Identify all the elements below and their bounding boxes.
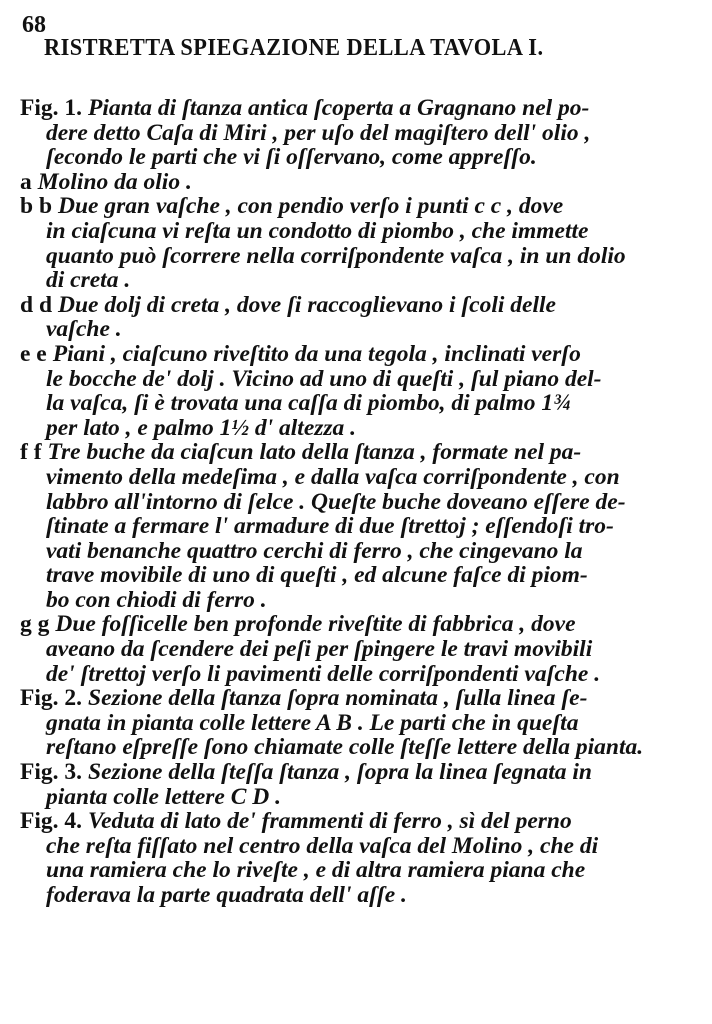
entry-line: ſecondo le parti che vi ſi oſſervano, co… [46, 144, 537, 170]
page-number: 68 [22, 12, 46, 39]
entry-line: quanto può ſcorrere nella corriſpondente… [46, 243, 626, 269]
entry-label: a [20, 169, 32, 195]
entry-line: la vaſca, ſi è trovata una caſſa di piom… [46, 390, 571, 416]
entry-e: e ePiani , ciaſcuno riveſtito da una teg… [20, 342, 700, 440]
entry-line: Pianta di ſtanza antica ſcoperta a Gragn… [88, 95, 589, 121]
entry-line: Veduta di lato de' frammenti di ferro , … [88, 808, 572, 834]
entry-b: b bDue gran vaſche , con pendio verſo i … [20, 194, 700, 292]
entry-line: per lato , e palmo 1½ d' altezza . [46, 415, 356, 441]
entry-g: g gDue foſſicelle ben profonde riveſtite… [20, 612, 700, 686]
entry-line: ſtinate a fermare l' armadure di due ſtr… [46, 513, 614, 539]
entry-fig-3: Fig. 3.Sezione della ſteſſa ſtanza , ſop… [20, 760, 700, 809]
entry-line: Due gran vaſche , con pendio verſo i pun… [58, 193, 563, 219]
entry-label: g g [20, 611, 49, 637]
entry-label: Fig. 4. [20, 808, 82, 834]
entry-label: Fig. 3. [20, 759, 82, 785]
entry-label: b b [20, 193, 52, 219]
entry-line: vaſche . [46, 316, 122, 342]
page-title: RISTRETTA SPIEGAZIONE DELLA TAVOLA I. [44, 35, 649, 62]
entry-line: Due dolj di creta , dove ſi raccoglievan… [58, 292, 556, 318]
entry-line: vati benanche quattro cerchi di ferro , … [46, 538, 583, 564]
entry-d: d dDue dolj di creta , dove ſi raccoglie… [20, 293, 700, 342]
entry-line: una ramiera che lo riveſte , e di altra … [46, 857, 585, 883]
entry-line: Tre buche da ciaſcun lato della ſtanza ,… [48, 439, 582, 465]
entry-line: di creta . [46, 267, 130, 293]
entry-label: f f [20, 439, 42, 465]
entry-label: d d [20, 292, 52, 318]
entry-line: aveano da ſcendere dei peſi per ſpingere… [46, 636, 592, 662]
entry-label: e e [20, 341, 47, 367]
entry-line: Due foſſicelle ben profonde riveſtite di… [55, 611, 575, 637]
entry-label: Fig. 1. [20, 95, 82, 121]
legend-body: Fig. 1.Pianta di ſtanza antica ſcoperta … [20, 96, 700, 908]
entry-a: aMolino da olio . [20, 170, 700, 195]
entry-line: bo con chiodi di ferro . [46, 587, 267, 613]
entry-line: reſtano eſpreſſe ſono chiamate colle ſte… [46, 734, 643, 760]
entry-line: che reſta fiſſato nel centro della vaſca… [46, 833, 598, 859]
entry-line: le bocche de' dolj . Vicino ad uno di qu… [46, 366, 602, 392]
entry-line: Sezione della ſtanza ſopra nominata , ſu… [88, 685, 587, 711]
entry-line: pianta colle lettere C D . [46, 784, 281, 810]
entry-line: de' ſtrettoj verſo li pavimenti delle co… [46, 661, 600, 687]
entry-fig-2: Fig. 2.Sezione della ſtanza ſopra nomina… [20, 686, 700, 760]
entry-label: Fig. 2. [20, 685, 82, 711]
entry-line: trave movibile di uno di queſti , ed alc… [46, 562, 588, 588]
entry-line: gnata in pianta colle lettere A B . Le p… [46, 710, 578, 736]
entry-line: Piani , ciaſcuno riveſtito da una tegola… [53, 341, 581, 367]
entry-line: labbro all'intorno di ſelce . Queſte buc… [46, 489, 626, 515]
entry-line: in ciaſcuna vi reſta un condotto di piom… [46, 218, 588, 244]
entry-f: f fTre buche da ciaſcun lato della ſtanz… [20, 440, 700, 612]
entry-line: foderava la parte quadrata dell' aſſe . [46, 882, 407, 908]
entry-fig-4: Fig. 4.Veduta di lato de' frammenti di f… [20, 809, 700, 907]
entry-line: Molino da olio . [38, 169, 192, 195]
entry-line: Sezione della ſteſſa ſtanza , ſopra la l… [88, 759, 592, 785]
entry-fig-1: Fig. 1.Pianta di ſtanza antica ſcoperta … [20, 96, 700, 170]
entry-line: vimento della medeſima , e dalla vaſca c… [46, 464, 620, 490]
entry-line: dere detto Caſa di Miri , per uſo del ma… [46, 120, 590, 146]
